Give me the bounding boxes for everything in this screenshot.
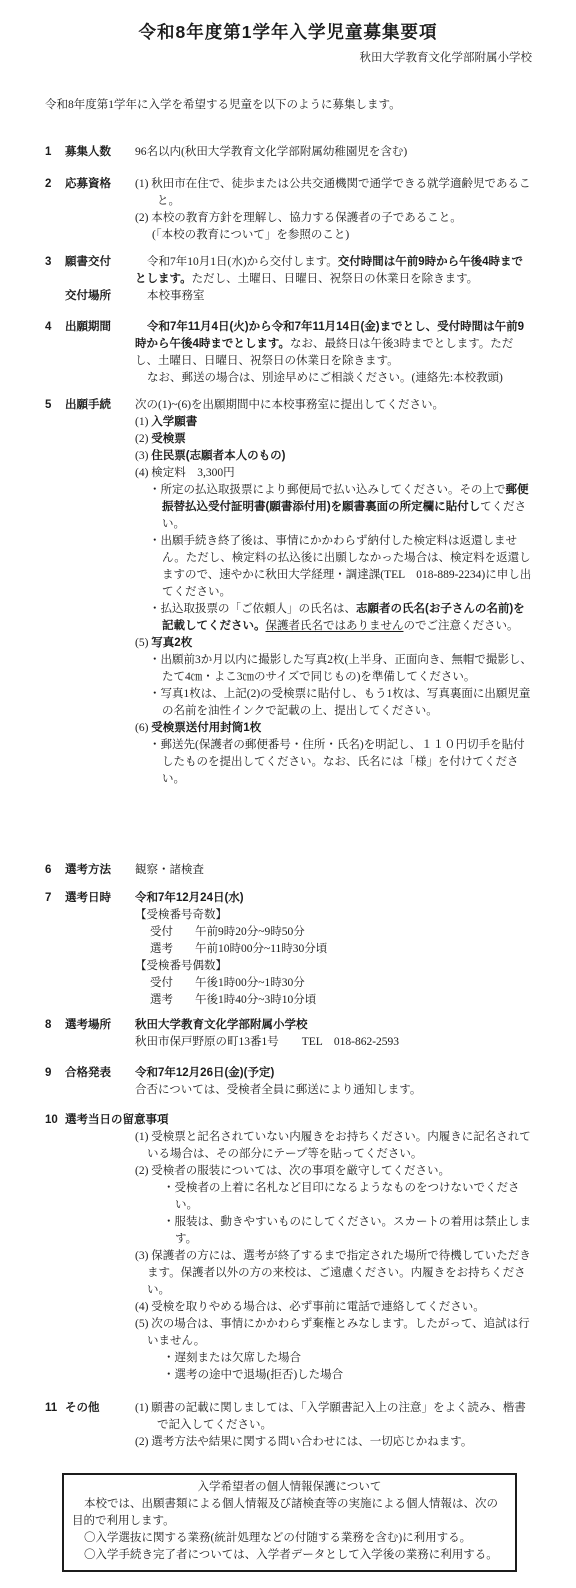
text-line: ・選考の途中で退場(拒否)した場合 — [135, 1367, 533, 1384]
body-text: 【受検番号偶数】 — [135, 960, 227, 972]
body-text: 96名以内(秋田大学教育文化学部附属幼稚園児を含む) — [135, 146, 407, 158]
body-text: (1) 秋田市在住で、徒歩または公共交通機関で通学できる就学適齢児であること。 — [135, 178, 531, 207]
text-line: (1) 受検票と記名されていない内履きをお持ちください。内履きに記名されている場… — [135, 1129, 533, 1163]
underline-text: 保護者氏名ではありません — [266, 620, 404, 632]
text-line: ・遅刻または欠席した場合 — [135, 1350, 533, 1367]
page-title: 令和8年度第1学年入学児童募集要項 — [0, 20, 576, 44]
body-text: 令和7年10月1日(水)から交付します。 — [147, 256, 338, 268]
body-text: 合否については、受検者全員に郵送により通知します。 — [135, 1084, 421, 1096]
sections: 1募集人数96名以内(秋田大学教育文化学部附属幼稚園児を含む)2応募資格(1) … — [0, 144, 576, 1451]
section-body: 観察・諸検査 — [135, 862, 533, 879]
text-line: (4) 検定料 3,300円 — [135, 465, 533, 482]
text-line: (2) 本校の教育方針を理解し、協力する保護者の子であること。 — [135, 210, 533, 227]
text-line: (2) 選考方法や結果に関する問い合わせには、一切応じかねます。 — [135, 1434, 533, 1451]
section-label: 選考場所 — [65, 1017, 135, 1034]
intro-text: 令和8年度第1学年に入学を希望する児童を以下のように募集します。 — [0, 97, 576, 114]
section-9: 9合格発表令和7年12月26日(金)(予定)合否については、受検者全員に郵送によ… — [0, 1065, 576, 1099]
text-line: (「本校の教育について」を参照のこと) — [135, 227, 533, 244]
body-text: (3) 保護者の方には、選考が終了するまで指定された場所で待機していただきます。… — [135, 1250, 531, 1296]
text-line: 【受検番号奇数】 — [135, 907, 533, 924]
text-line: 選考午前10時00分~11時30分頃 — [135, 941, 533, 958]
emphasis-text: 令和7年12月26日(金)(予定) — [135, 1067, 274, 1079]
text-line: 受付午後1時00分~1時30分 — [135, 975, 533, 992]
text-line: ・受検者の上着に名札など目印になるようなものをつけないでください。 — [135, 1180, 533, 1214]
privacy-notice-box: 入学希望者の個人情報保護について 本校では、出願書類による個人情報及び諸検査等の… — [62, 1473, 517, 1572]
text-line: 合否については、受検者全員に郵送により通知します。 — [135, 1082, 533, 1099]
body-text: (2) 本校の教育方針を理解し、協力する保護者の子であること。 — [135, 212, 462, 224]
section-label: 選考方法 — [65, 862, 135, 879]
body-text: 秋田市保戸野原の町13番1号 TEL 018-862-2593 — [135, 1036, 399, 1048]
text-line: 選考午後1時40分~3時10分頃 — [135, 992, 533, 1009]
body-text: ・郵送先(保護者の郵便番号・住所・氏名)を明記し、１１０円切手を貼付したものを提… — [149, 739, 525, 785]
text-line: (4) 受検を取りやめる場合は、必ず事前に電話で連絡してください。 — [135, 1299, 533, 1316]
body-text: (4) 検定料 3,300円 — [135, 467, 235, 479]
body-text: ただし、土曜日、日曜日、祝祭日の休業日を除きます。 — [192, 273, 479, 285]
body-text: ・写真1枚は、上記(2)の受検票に貼付し、もう1枚は、写真裏面に出願児童の名前を… — [149, 688, 530, 717]
body-text: (4) 受検を取りやめる場合は、必ず事前に電話で連絡してください。 — [135, 1301, 485, 1313]
section-body: (1) 願書の記載に関しましては、「入学願書記入上の注意」をよく読み、楷書で記入… — [135, 1400, 533, 1451]
section-number: 9 — [45, 1065, 65, 1082]
section-number: 1 — [45, 144, 65, 161]
section-body: 次の(1)~(6)を出願期間中に本校事務室に提出してください。(1) 入学願書(… — [135, 397, 533, 788]
text-line: なお、郵送の場合は、別途早めにご相談ください。(連絡先:本校教頭) — [135, 370, 533, 387]
body-text: 【受検番号奇数】 — [135, 909, 227, 921]
schedule-label: 選考 — [150, 992, 195, 1009]
section-body: 96名以内(秋田大学教育文化学部附属幼稚園児を含む) — [135, 144, 533, 161]
body-text: ・出願前3か月以内に撮影した写真2枚(上半身、正面向き、無帽で撮影し、たて4㎝・… — [149, 654, 532, 683]
text-line: ・服装は、動きやすいものにしてください。スカートの着用は禁止します。 — [135, 1214, 533, 1248]
section-body: 本校事務室 — [135, 288, 533, 305]
text-line: (6) 受検票送付用封筒1枚 — [135, 720, 533, 737]
text-line: 受付午前9時20分~9時50分 — [135, 924, 533, 941]
emphasis-text: 入学願書 — [151, 416, 197, 428]
section-number: 7 — [45, 890, 65, 907]
section-number: 4 — [45, 319, 65, 336]
section-8: 8選考場所秋田大学教育文化学部附属小学校秋田市保戸野原の町13番1号 TEL 0… — [0, 1017, 576, 1051]
section-number: 8 — [45, 1017, 65, 1034]
body-text: ・払込取扱票の「ご依頼人」の氏名は、 — [149, 603, 356, 615]
text-line: ・出願前3か月以内に撮影した写真2枚(上半身、正面向き、無帽で撮影し、たて4㎝・… — [135, 652, 533, 686]
section-sub: 交付場所本校事務室 — [0, 288, 576, 305]
body-text: のでご注意ください。 — [404, 620, 519, 632]
body-text: ・所定の払込取扱票により郵便局で払い込みしてください。その上で — [149, 484, 506, 496]
text-line: (2) 受検票 — [135, 431, 533, 448]
section-5: 5出願手続次の(1)~(6)を出願期間中に本校事務室に提出してください。(1) … — [0, 397, 576, 788]
body-text: (1) 受検票と記名されていない内履きをお持ちください。内履きに記名されている場… — [135, 1131, 531, 1160]
body-text: (「本校の教育について」を参照のこと) — [152, 229, 349, 241]
text-line: 本校事務室 — [135, 288, 533, 305]
text-line: 96名以内(秋田大学教育文化学部附属幼稚園児を含む) — [135, 144, 533, 161]
text-line: ・払込取扱票の「ご依頼人」の氏名は、志願者の氏名(お子さんの名前)を記載してくだ… — [135, 601, 533, 635]
text-line: (5) 次の場合は、事情にかかわらず棄権とみなします。したがって、追試は行いませ… — [135, 1316, 533, 1350]
text-line: 【受検番号偶数】 — [135, 958, 533, 975]
body-text: 〇入学手続き完了者については、入学者データとして入学後の業務に利用する。 — [84, 1549, 498, 1561]
section-number: 6 — [45, 862, 65, 879]
body-text: (2) 選考方法や結果に関する問い合わせには、一切応じかねます。 — [135, 1436, 472, 1448]
section-label: 合格発表 — [65, 1065, 135, 1082]
emphasis-text: 受検票送付用封筒1枚 — [151, 722, 261, 734]
section-3: 3願書交付令和7年10月1日(水)から交付します。交付時間は午前9時から午後4時… — [0, 254, 576, 288]
text-line: (1) 願書の記載に関しましては、「入学願書記入上の注意」をよく読み、楷書で記入… — [135, 1400, 533, 1434]
text-line: (3) 住民票(志願者本人のもの) — [135, 448, 533, 465]
text-line: ・写真1枚は、上記(2)の受検票に貼付し、もう1枚は、写真裏面に出願児童の名前を… — [135, 686, 533, 720]
section-7: 7選考日時令和7年12月24日(水)【受検番号奇数】受付午前9時20分~9時50… — [0, 890, 576, 1009]
text-line: 令和7年10月1日(水)から交付します。交付時間は午前9時から午後4時までとしま… — [135, 254, 533, 288]
section-body: 令和7年11月4日(火)から令和7年11月14日(金)までとし、受付時間は午前9… — [135, 319, 533, 387]
schedule-time: 午前9時20分~9時50分 — [195, 926, 305, 938]
text-line: 秋田大学教育文化学部附属小学校 — [135, 1017, 533, 1034]
body-text: (2) 受検者の服装については、次の事項を厳守してください。 — [135, 1165, 450, 1177]
section-body: (1) 受検票と記名されていない内履きをお持ちください。内履きに記名されている場… — [135, 1129, 533, 1384]
body-text: ・受検者の上着に名札など目印になるようなものをつけないでください。 — [163, 1182, 520, 1211]
section-6: 6選考方法観察・諸検査 — [0, 862, 576, 879]
section-number: 10 — [45, 1112, 65, 1129]
body-text: なお、郵送の場合は、別途早めにご相談ください。(連絡先:本校教頭) — [147, 372, 503, 384]
body-text: (1) 願書の記載に関しましては、「入学願書記入上の注意」をよく読み、楷書で記入… — [135, 1402, 526, 1431]
body-text: 観察・諸検査 — [135, 864, 204, 876]
body-text: (5) 次の場合は、事情にかかわらず棄権とみなします。したがって、追試は行いませ… — [135, 1318, 530, 1347]
body-text: (2) — [135, 433, 151, 445]
text-line: ・郵送先(保護者の郵便番号・住所・氏名)を明記し、１１０円切手を貼付したものを提… — [135, 737, 533, 788]
section-number: 11 — [45, 1400, 65, 1417]
body-text: (1) — [135, 416, 151, 428]
section-label: 募集人数 — [65, 144, 135, 161]
school-name: 秋田大学教育文化学部附属小学校 — [0, 50, 576, 67]
section-label: 出願手続 — [65, 397, 135, 414]
text-line: ・所定の払込取扱票により郵便局で払い込みしてください。その上で郵便振替払込受付証… — [135, 482, 533, 533]
text-line: (1) 秋田市在住で、徒歩または公共交通機関で通学できる就学適齢児であること。 — [135, 176, 533, 210]
body-text: (6) — [135, 722, 151, 734]
text-line: 秋田市保戸野原の町13番1号 TEL 018-862-2593 — [135, 1034, 533, 1051]
emphasis-text: 受検票 — [151, 433, 186, 445]
section-2: 2応募資格(1) 秋田市在住で、徒歩または公共交通機関で通学できる就学適齢児であ… — [0, 176, 576, 244]
body-text: ・遅刻または欠席した場合 — [163, 1352, 301, 1364]
schedule-label: 受付 — [150, 975, 195, 992]
body-text: 〇入学選抜に関する業務(統計処理などの付随する業務を含む)に利用する。 — [84, 1532, 471, 1544]
schedule-label: 受付 — [150, 924, 195, 941]
text-line: 〇入学選抜に関する業務(統計処理などの付随する業務を含む)に利用する。 — [72, 1530, 507, 1547]
text-line: (3) 保護者の方には、選考が終了するまで指定された場所で待機していただきます。… — [135, 1248, 533, 1299]
section-label: 願書交付 — [65, 254, 135, 271]
section-label: 出願期間 — [65, 319, 135, 336]
text-line: 〇入学手続き完了者については、入学者データとして入学後の業務に利用する。 — [72, 1547, 507, 1564]
section-body: 令和7年12月24日(水)【受検番号奇数】受付午前9時20分~9時50分選考午前… — [135, 890, 533, 1009]
schedule-time: 午前10時00分~11時30分頃 — [195, 943, 327, 955]
section-1: 1募集人数96名以内(秋田大学教育文化学部附属幼稚園児を含む) — [0, 144, 576, 161]
section-body: 秋田大学教育文化学部附属小学校秋田市保戸野原の町13番1号 TEL 018-86… — [135, 1017, 533, 1051]
text-line: 次の(1)~(6)を出願期間中に本校事務室に提出してください。 — [135, 397, 533, 414]
emphasis-text: 令和7年12月24日(水) — [135, 892, 244, 904]
document-page: 令和8年度第1学年入学児童募集要項 秋田大学教育文化学部附属小学校 令和8年度第… — [0, 0, 576, 1588]
section-body: (1) 秋田市在住で、徒歩または公共交通機関で通学できる就学適齢児であること。(… — [135, 176, 533, 244]
schedule-label: 選考 — [150, 941, 195, 958]
section-11: 11その他(1) 願書の記載に関しましては、「入学願書記入上の注意」をよく読み、… — [0, 1400, 576, 1451]
text-line: (5) 写真2枚 — [135, 635, 533, 652]
section-label: 選考当日の留意事項 — [65, 1112, 135, 1129]
section-body: 令和7年10月1日(水)から交付します。交付時間は午前9時から午後4時までとしま… — [135, 254, 533, 288]
text-line: 本校では、出願書類による個人情報及び諸検査等の実施による個人情報は、次の目的で利… — [72, 1496, 507, 1530]
emphasis-text: 住民票(志願者本人のもの) — [151, 450, 285, 462]
section-label: 応募資格 — [65, 176, 135, 193]
body-text: (3) — [135, 450, 151, 462]
body-text: 本校では、出願書類による個人情報及び諸検査等の実施による個人情報は、次の目的で利… — [72, 1498, 498, 1527]
text-line: 令和7年11月4日(火)から令和7年11月14日(金)までとし、受付時間は午前9… — [135, 319, 533, 370]
section-number: 3 — [45, 254, 65, 271]
body-text: ・出願手続き終了後は、事情にかかわらず納付した検定料は返還しません。ただし、検定… — [149, 535, 531, 598]
section-number: 2 — [45, 176, 65, 193]
section-body: 令和7年12月26日(金)(予定)合否については、受検者全員に郵送により通知しま… — [135, 1065, 533, 1099]
emphasis-text: 写真2枚 — [151, 637, 192, 649]
section-label: その他 — [65, 1400, 135, 1417]
body-text: ・服装は、動きやすいものにしてください。スカートの着用は禁止します。 — [163, 1216, 531, 1245]
body-text: 次の(1)~(6)を出願期間中に本校事務室に提出してください。 — [135, 399, 444, 411]
schedule-time: 午後1時40分~3時10分頃 — [195, 994, 316, 1006]
text-line: 令和7年12月24日(水) — [135, 890, 533, 907]
text-line: 令和7年12月26日(金)(予定) — [135, 1065, 533, 1082]
body-text: (5) — [135, 637, 151, 649]
text-line: (1) 入学願書 — [135, 414, 533, 431]
section-number: 5 — [45, 397, 65, 414]
section-10: 10選考当日の留意事項(1) 受検票と記名されていない内履きをお持ちください。内… — [0, 1112, 576, 1384]
section-4: 4出願期間令和7年11月4日(火)から令和7年11月14日(金)までとし、受付時… — [0, 319, 576, 387]
body-text: ・選考の途中で退場(拒否)した場合 — [163, 1369, 343, 1381]
text-line: 観察・諸検査 — [135, 862, 533, 879]
body-text: 本校事務室 — [147, 290, 205, 302]
privacy-box-body: 本校では、出願書類による個人情報及び諸検査等の実施による個人情報は、次の目的で利… — [72, 1496, 507, 1564]
schedule-time: 午後1時00分~1時30分 — [195, 977, 305, 989]
privacy-box-title: 入学希望者の個人情報保護について — [72, 1479, 507, 1496]
section-label: 交付場所 — [65, 288, 135, 305]
section-label: 選考日時 — [65, 890, 135, 907]
text-line: ・出願手続き終了後は、事情にかかわらず納付した検定料は返還しません。ただし、検定… — [135, 533, 533, 601]
text-line: (2) 受検者の服装については、次の事項を厳守してください。 — [135, 1163, 533, 1180]
emphasis-text: 秋田大学教育文化学部附属小学校 — [135, 1019, 308, 1031]
